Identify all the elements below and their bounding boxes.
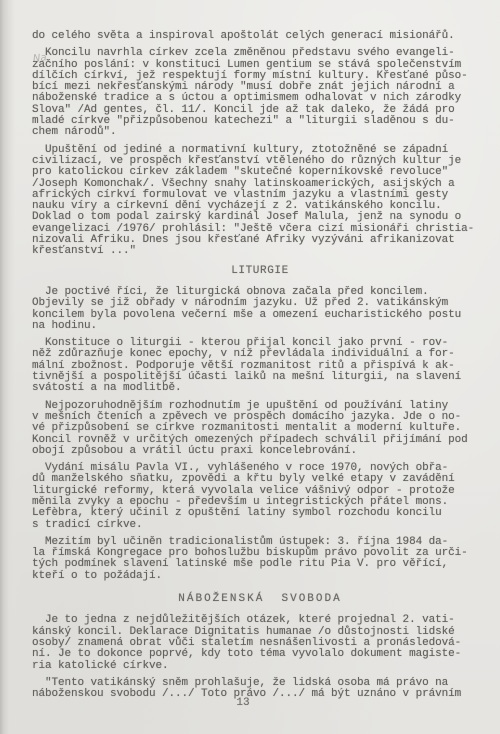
section-heading-liturgie: LITURGIE <box>32 266 488 277</box>
paragraph-abandonment-of-latin: Nejpozoruhodnějším rozhodnutím je upuště… <box>32 401 488 457</box>
paragraph-missal-of-paul-vi: Vydání misálu Pavla VI., vyhlášeného v r… <box>32 463 488 531</box>
paragraph-copernican-revolution: Upuštění od jediné a normativní kultury,… <box>32 145 488 258</box>
section-heading-nabozenska-svoboda: NÁBOŽENSKÁ SVOBODA <box>32 594 488 605</box>
paragraph-traditionalist-concession: Mezitím byl učiněn tradicionalistům ústu… <box>32 537 488 582</box>
paragraph-liturgical-renewal: Je poctivé říci, že liturgická obnova za… <box>32 287 488 332</box>
paragraph-religious-freedom: Je to jedna z nejdůležitějších otázek, k… <box>32 615 488 671</box>
scanned-document-page: Na do celého světa a inspiroval apoštolá… <box>0 0 500 734</box>
paragraph-evangelization-mission: Koncilu navrhla církev zcela změněnou př… <box>32 48 488 138</box>
page-left-edge-shadow <box>0 0 15 734</box>
paragraph-constitution-on-liturgy: Konstituce o liturgii - kterou přijal ko… <box>32 338 488 394</box>
paragraph-continuation-from-previous-page: do celého světa a inspiroval apoštolát c… <box>32 31 488 42</box>
page-number: 13 <box>0 697 486 709</box>
document-body: do celého světa a inspiroval apoštolát c… <box>32 31 488 706</box>
